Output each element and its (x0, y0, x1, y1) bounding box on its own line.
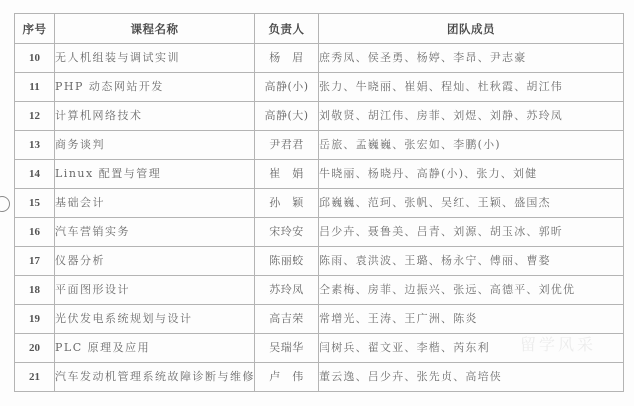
cell-team-members: 仝素梅、房菲、边振兴、张远、高德平、刘优优 (319, 276, 624, 305)
cell-leader: 陈丽蛟 (255, 247, 319, 276)
cell-no: 16 (15, 218, 55, 247)
cell-course-name: 商务谈判 (55, 131, 255, 160)
cell-leader: 孙 颖 (255, 189, 319, 218)
cell-no: 12 (15, 102, 55, 131)
cell-leader: 宋玲安 (255, 218, 319, 247)
cell-team-members: 常增光、王涛、王广洲、陈炎 (319, 305, 624, 334)
cell-leader: 杨 眉 (255, 44, 319, 73)
cell-leader: 高吉荣 (255, 305, 319, 334)
cell-course-name: PLC 原理及应用 (55, 334, 255, 363)
header-course-name: 课程名称 (55, 14, 255, 44)
header-no: 序号 (15, 14, 55, 44)
document-page: 序号 课程名称 负责人 团队成员 10 无人机组装与调试实训 杨 眉 庶秀凤、侯… (0, 0, 634, 406)
table-row: 11 PHP 动态网站开发 高静(小) 张力、牛晓丽、崔娟、程灿、杜秋霞、胡江伟 (15, 73, 624, 102)
cell-course-name: 计算机网络技术 (55, 102, 255, 131)
cell-team-members: 董云逸、吕少卉、张先贞、高培侠 (319, 363, 624, 392)
cell-leader: 吴瑞华 (255, 334, 319, 363)
cell-team-members: 邱巍巍、范珂、张帆、吴红、王颖、盛国杰 (319, 189, 624, 218)
cell-team-members: 牛晓丽、杨晓丹、高静(小)、张力、刘健 (319, 160, 624, 189)
table-row: 19 光伏发电系统规划与设计 高吉荣 常增光、王涛、王广洲、陈炎 (15, 305, 624, 334)
cell-leader: 高静(小) (255, 73, 319, 102)
cell-course-name: Linux 配置与管理 (55, 160, 255, 189)
cell-team-members: 岳旅、孟巍巍、张宏如、李鹏(小) (319, 131, 624, 160)
cell-course-name: 无人机组装与调试实训 (55, 44, 255, 73)
cell-course-name: 光伏发电系统规划与设计 (55, 305, 255, 334)
cell-team-members: 刘敬贤、胡江伟、房菲、刘煜、刘静、苏玲凤 (319, 102, 624, 131)
table-row: 12 计算机网络技术 高静(大) 刘敬贤、胡江伟、房菲、刘煜、刘静、苏玲凤 (15, 102, 624, 131)
table-row: 15 基础会计 孙 颖 邱巍巍、范珂、张帆、吴红、王颖、盛国杰 (15, 189, 624, 218)
cell-team-members: 庶秀凤、侯圣勇、杨婷、李昂、尹志豪 (319, 44, 624, 73)
cell-no: 21 (15, 363, 55, 392)
cell-course-name: PHP 动态网站开发 (55, 73, 255, 102)
table-row: 16 汽车营销实务 宋玲安 吕少卉、聂鲁美、吕青、刘源、胡玉冰、郭昕 (15, 218, 624, 247)
header-team-members: 团队成员 (319, 14, 624, 44)
cell-no: 11 (15, 73, 55, 102)
cell-course-name: 汽车营销实务 (55, 218, 255, 247)
cell-team-members: 吕少卉、聂鲁美、吕青、刘源、胡玉冰、郭昕 (319, 218, 624, 247)
binding-hole-mark (0, 196, 10, 212)
cell-leader: 卢 伟 (255, 363, 319, 392)
table-header-row: 序号 课程名称 负责人 团队成员 (15, 14, 624, 44)
table-row: 10 无人机组装与调试实训 杨 眉 庶秀凤、侯圣勇、杨婷、李昂、尹志豪 (15, 44, 624, 73)
cell-no: 19 (15, 305, 55, 334)
cell-team-members: 陈雨、袁洪波、王璐、杨永宁、傅丽、曹婺 (319, 247, 624, 276)
cell-course-name: 平面图形设计 (55, 276, 255, 305)
cell-no: 20 (15, 334, 55, 363)
table-row: 18 平面图形设计 苏玲凤 仝素梅、房菲、边振兴、张远、高德平、刘优优 (15, 276, 624, 305)
faint-watermark-text: 留学风采 (520, 332, 596, 355)
table-row: 17 仪器分析 陈丽蛟 陈雨、袁洪波、王璐、杨永宁、傅丽、曹婺 (15, 247, 624, 276)
table-row: 13 商务谈判 尹君君 岳旅、孟巍巍、张宏如、李鹏(小) (15, 131, 624, 160)
cell-team-members: 张力、牛晓丽、崔娟、程灿、杜秋霞、胡江伟 (319, 73, 624, 102)
cell-leader: 尹君君 (255, 131, 319, 160)
cell-no: 14 (15, 160, 55, 189)
cell-no: 18 (15, 276, 55, 305)
cell-course-name: 汽车发动机管理系统故障诊断与维修 (55, 363, 255, 392)
cell-leader: 高静(大) (255, 102, 319, 131)
cell-course-name: 仪器分析 (55, 247, 255, 276)
cell-leader: 苏玲凤 (255, 276, 319, 305)
table-row: 21 汽车发动机管理系统故障诊断与维修 卢 伟 董云逸、吕少卉、张先贞、高培侠 (15, 363, 624, 392)
cell-leader: 崔 娟 (255, 160, 319, 189)
cell-course-name: 基础会计 (55, 189, 255, 218)
table-row: 14 Linux 配置与管理 崔 娟 牛晓丽、杨晓丹、高静(小)、张力、刘健 (15, 160, 624, 189)
cell-no: 13 (15, 131, 55, 160)
cell-no: 17 (15, 247, 55, 276)
cell-no: 10 (15, 44, 55, 73)
cell-no: 15 (15, 189, 55, 218)
header-leader: 负责人 (255, 14, 319, 44)
